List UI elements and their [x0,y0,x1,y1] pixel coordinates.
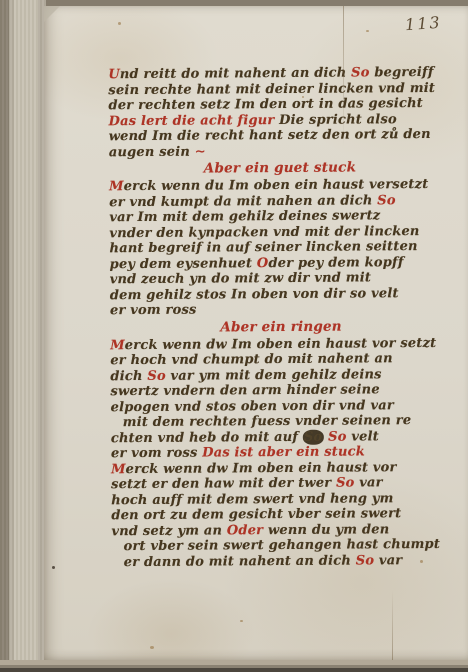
text-segment: erck wenn dw Im oben ein haust vor setzt [125,335,437,352]
text-segment: erck wenn dw Im oben ein haust vor [126,460,397,477]
text-segment: er hoch vnd chumpt do mit nahent an [110,351,393,368]
text-line: pey dem eysenhuet Oder pey dem kopff [110,254,452,272]
stain-speck [52,566,55,569]
text-segment: der rechten setz Im den ort in das gesic… [108,96,423,113]
text-segment: swertz vndern den arm hinder seine [110,382,379,399]
text-segment: mit dem rechten fuess vnder seinen re [123,413,412,430]
page-corner [44,6,60,22]
text-segment: var [354,475,382,490]
stain-speck [118,22,121,25]
crease-line [392,590,393,660]
text-line: wend Im die recht hant setz den ort zů d… [109,127,451,145]
text-segment: ort vber sein swert gehangen hast chumpt [124,537,441,554]
text-segment: begreiff [370,65,434,80]
text-segment: er vom ross [111,446,202,462]
text-segment: var Im mit dem gehilz deines swertz [109,208,380,225]
text-line: Merck wenn du Im oben ein haust versetzt [109,177,451,195]
text-segment: hant begreif in auf seiner lincken seitt… [109,239,417,256]
text-segment: So [328,429,347,444]
parchment-page: 113 Und reitt do mit nahent an dich So b… [44,6,468,660]
text-segment: wenn du ym den [263,522,389,538]
text-segment: augen sein [109,144,195,160]
stain-speck [240,620,243,622]
text-segment: dem gehilz stos In oben von dir so velt [110,286,399,303]
text-line: Merck wenn dw Im oben ein haust vor setz… [110,335,452,353]
text-segment: elpogen vnd stos oben von dir vnd var [111,398,394,415]
text-segment: ∼ [195,144,206,159]
manuscript-photo: 113 Und reitt do mit nahent an dich So b… [0,0,468,672]
text-segment: nd reitt do mit nahent an dich [120,66,351,83]
crease-line [343,6,344,146]
text-block: Und reitt do mit nahent an dich So begre… [108,65,454,570]
text-segment: wend Im die recht hant setz den ort zů d… [109,127,431,144]
text-segment: M [111,462,126,477]
text-segment: M [109,179,124,194]
text-segment: erck wenn du Im oben ein haust versetzt [124,177,429,194]
text-segment: Aber ein guet stuck [204,159,356,176]
text-segment: So [356,553,375,568]
rubric-heading: Aber ein guet stuck [109,158,451,179]
text-segment: pey dem eysenhuet [110,256,257,272]
rubric-heading: Aber ein ringen [110,316,452,337]
folio-number: 113 [405,13,443,35]
text-segment: So [351,65,370,80]
text-segment: Das lert die acht figur [109,113,280,129]
book-spine-edge [0,0,46,672]
text-segment: So [303,429,324,444]
text-segment: chten vnd heb do mit auf [111,429,303,445]
stain-speck [302,96,304,98]
text-segment: vnd zeuch yn do mit zw dir vnd mit [110,270,371,287]
text-segment: Die spricht also [279,112,397,128]
text-segment: velt [347,429,379,444]
text-segment: M [110,338,125,353]
page-bottom-edge [0,660,468,672]
stain-speck [420,560,423,563]
text-segment: setzt er den haw mit der twer [111,476,336,493]
text-segment: Oder [227,523,263,538]
text-segment: U [108,67,120,82]
text-segment: sein rechte hant mit deiner lincken vnd … [108,80,435,97]
text-segment: der pey dem kopff [268,255,403,271]
text-segment: var ym mit dem gehilz deins [166,367,382,384]
text-segment: var [374,553,402,568]
text-segment: So [147,368,166,383]
text-segment: dich [110,368,147,383]
text-line: mit dem rechten fuess vnder seinen re [111,413,453,431]
text-segment: er vom ross [110,303,197,319]
text-segment: Aber ein ringen [220,318,342,335]
text-segment: er vnd kumpt da mit nahen an dich [109,193,377,210]
text-segment: den ort zu dem gesicht vber sein swert [111,506,401,523]
text-segment: vnd setz ym an [111,523,226,539]
text-segment: So [336,475,355,490]
text-segment: hoch auff mit dem swert vnd heng ym [111,491,393,508]
text-segment: vnder den kynpacken vnd mit der lincken [109,224,419,241]
stain-speck [150,646,154,649]
text-line: er dann do mit nahent an dich So var [112,552,454,570]
text-line: der rechten setz Im den ort in das gesic… [108,96,450,114]
text-segment: er dann do mit nahent an dich [124,553,356,570]
text-segment: Das ist aber ein stuck [202,444,365,460]
stain-speck [366,30,369,32]
text-line: ort vber sein swert gehangen hast chumpt [112,537,454,555]
text-segment: So [377,193,396,208]
text-segment: O [257,256,269,271]
